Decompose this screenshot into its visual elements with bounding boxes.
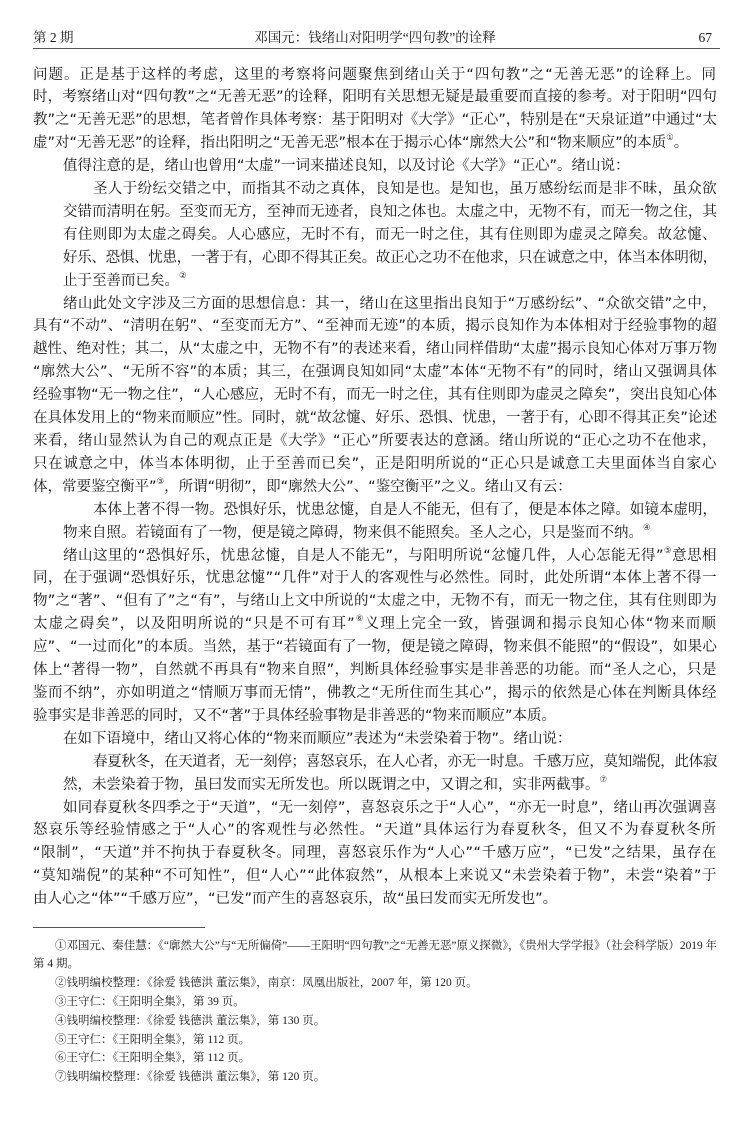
text-line: 如同春夏秋冬四季之于“天道”，“无一刻停”，喜怒哀乐之于“人心”，“亦无一时息”… bbox=[33, 797, 717, 820]
text-line: 绪山这里的“恐惧好乐，忧患忿懥，自是人不能无”，与阳明所说“忿懥几件，人心怎能无… bbox=[33, 545, 717, 568]
line-text: 绪山这里的“恐惧好乐，忧患忿懥，自是人不能无”，与阳明所说“忿懥几件，人心怎能无… bbox=[63, 545, 717, 568]
quote-line: 然，未尝染着于物，虽曰发而实无所发也。所以既谓之中，又谓之和，实非两截事。⑦ bbox=[33, 774, 717, 797]
line-text: “限制”，“天道”并不拘执于春夏秋冬。同理，喜怒哀乐作为“人心”“千感万应”，“… bbox=[33, 842, 717, 865]
line-text: 在具体发用上的“物来而顺应”性。同时，就“故忿懥、好乐、恐惧、忧患，一著于有，心… bbox=[33, 407, 717, 430]
footnote-text: ②钱明编校整理：《徐爱 钱德洪 董沄集》，南京：凤凰出版社，2007 年，第 1… bbox=[55, 974, 478, 993]
line-segment: 然，未尝染着于物，虽曰发而实无所发也。所以既谓之中，又谓之和，实非两截事。 bbox=[63, 777, 600, 793]
text-line: 在如下语境中，绪山又将心体的“物来而顺应”表述为“未尝染着于物”。绪山说： bbox=[33, 728, 717, 751]
running-header: 第 2 期 邓国元：钱绪山对阳明学“四句教”的诠释 67 bbox=[33, 29, 717, 47]
running-title: 邓国元：钱绪山对阳明学“四句教”的诠释 bbox=[33, 29, 717, 47]
quote-line: 本体上著不得一物。恐惧好乐，忧患忿懥，自是人不能无，但有了，便是本体之障。如镜本… bbox=[33, 499, 717, 522]
footnote-text: ⑥王守仁：《王阳明全集》，第 112 页。 bbox=[55, 1049, 250, 1068]
footnote-body: 王守仁：《王阳明全集》，第 112 页。 bbox=[67, 1034, 251, 1046]
line-text: 值得注意的是，绪山也曾用“太虚”一词来描述良知，以及讨论《大学》“正心”。绪山说… bbox=[63, 155, 630, 178]
page-number: 67 bbox=[699, 29, 713, 47]
line-text: 具有“不动”、“清明在躬”、“至变而无方”、“至神而无迹”的本质，揭示良知作为本… bbox=[33, 315, 717, 338]
paragraph: 问题。正是基于这样的考虑，这里的考察将问题聚焦到绪山关于“四句教”之“无善无恶”… bbox=[33, 64, 717, 156]
line-text: 圣人于纷纭交错之中，而指其不动之真体，良知是也。是知也，虽万感纷纭而是非不昧，虽… bbox=[93, 178, 717, 201]
text-line: 只在诚意之中，体当本体明彻，止于至善而已矣”，正是阳明所说的“正心只是诚意工夫里… bbox=[33, 453, 717, 476]
footnote-mark: ② bbox=[55, 977, 67, 989]
text-line: 验事实是非善恶的同时，又不“著”于具体经验事物是非善恶的“物来而顺应”本质。 bbox=[33, 705, 717, 728]
line-segment: 体，常要鉴空衡平” bbox=[33, 479, 157, 495]
footnote-7: ⑦钱明编校整理：《徐爱 钱德洪 董沄集》，第 120 页。 bbox=[33, 1068, 717, 1087]
line-text: 止于至善而已矣。② bbox=[63, 270, 187, 293]
article-body: 问题。正是基于这样的考虑，这里的考察将问题聚焦到绪山关于“四句教”之“无善无恶”… bbox=[33, 64, 717, 912]
footnote-text: 第 4 期。 bbox=[33, 955, 79, 974]
line-text: 春夏秋冬，在天道者，无一刻停；喜怒哀乐，在人心者，亦无一时息。千感万应，莫知端倪… bbox=[93, 751, 717, 774]
text-line: 体，常要鉴空衡平”③，所谓“明彻”，即“廓然大公”、“鉴空衡平”之义。绪山又有云… bbox=[33, 476, 717, 499]
text-line: “廓然大公”、“无所不容”的本质；其三，在强调良知如同“太虚”本体“无物不有”的… bbox=[33, 361, 717, 384]
line-segment: 太虚之碍矣”，以及阳明所说的“只是不可有耳” bbox=[33, 616, 356, 632]
line-text: 物”之“著”、“但有了”之“有”，与绪山上文中所说的“太虚之中，无物不有，而无一… bbox=[33, 590, 717, 613]
footnote-text: ⑤王守仁：《王阳明全集》，第 112 页。 bbox=[55, 1031, 250, 1050]
paragraph: 如同春夏秋冬四季之于“天道”，“无一刻停”，喜怒哀乐之于“人心”，“亦无一时息”… bbox=[33, 797, 717, 912]
line-segment: 止于至善而已矣。 bbox=[63, 273, 179, 289]
line-text: 教”之“无善无恶”的思想，笔者曾作具体考察：基于阳明对《大学》“正心”，特别是在… bbox=[33, 109, 717, 132]
text-line: 越性、绝对性；其二，从“太虚之中，无物不有”的表述来看，绪山同样借助“太虚”揭示… bbox=[33, 338, 717, 361]
text-line: 由人心之“体”“千感万应”，“已发”而产生的喜怒哀乐，故“虽曰发而实无所发也”。 bbox=[33, 888, 717, 911]
line-text: 越性、绝对性；其二，从“太虚之中，无物不有”的表述来看，绪山同样借助“太虚”揭示… bbox=[33, 338, 717, 361]
text-line: “莫知端倪”的某种“不可知性”，但“人心”“此体寂然”，从根本上来说又“未尝染着… bbox=[33, 865, 717, 888]
line-text: 体上“著得一物”，自然就不再具有“物来自照”，判断具体经验事实是非善恶的功能。而… bbox=[33, 659, 717, 682]
line-text: 交错而清明在躬。至变而无方，至神而无迹者，良知之体也。太虚之中，无物不有，而无一… bbox=[63, 201, 717, 224]
text-line: 经验事物“无一物之住”，“人心感应，无时不有，而无一时之住，其有住则即为虚灵之障… bbox=[33, 384, 717, 407]
line-text: 本体上著不得一物。恐惧好乐，忧患忿懥，自是人不能无，但有了，便是本体之障。如镜本… bbox=[93, 499, 717, 522]
line-text: 物来自照。若镜面有了一物，便是镜之障碍，物来俱不能照矣。圣人之心，只是鉴而不纳。… bbox=[63, 522, 651, 545]
paragraph: 绪山这里的“恐惧好乐，忧患忿懥，自是人不能无”，与阳明所说“忿懥几件，人心怎能无… bbox=[33, 545, 717, 728]
footnote-ref: ③ bbox=[157, 477, 165, 487]
quote-line: 交错而清明在躬。至变而无方，至神而无迹者，良知之体也。太虚之中，无物不有，而无一… bbox=[33, 201, 717, 224]
footnote-1: ①邓国元、秦佳慧：《“廓然大公”与“无所偏倚”——王阳明“四句教”之“无善无恶”… bbox=[33, 937, 717, 956]
line-text: 问题。正是基于这样的考虑，这里的考察将问题聚焦到绪山关于“四句教”之“无善无恶”… bbox=[33, 64, 717, 87]
line-segment: ，所谓“明彻”，即“廓然大公”、“鉴空衡平”之义。绪山又有云： bbox=[164, 479, 572, 495]
line-text: 只在诚意之中，体当本体明彻，止于至善而已矣”，正是阳明所说的“正心只是诚意工夫里… bbox=[33, 453, 717, 476]
line-text: 好乐、恐惧、忧患，一著于有，心即不得其正矣。故正心之功不在他求，只在诚意之中，体… bbox=[63, 247, 717, 270]
footnote-text: ③王守仁：《王阳明全集》，第 39 页。 bbox=[55, 993, 245, 1012]
footnote-mark: ① bbox=[55, 940, 66, 952]
text-line: 在具体发用上的“物来而顺应”性。同时，就“故忿懥、好乐、恐惧、忧患，一著于有，心… bbox=[33, 407, 717, 430]
line-text: 怒哀乐等经验情感之于“人心”的客观性与必然性。“天道”具体运行为春夏秋冬，但又不… bbox=[33, 819, 717, 842]
quote-line: 有住则即为太虚之碍矣。人心感应，无时不有，而无一时之住，其有住则即为虚灵之障矣。… bbox=[33, 224, 717, 247]
footnote-ref: ⑤ bbox=[664, 546, 672, 556]
text-line: 虚”对“无善无恶”的诠释，指出阳明之“无善无恶”根本在于揭示心体“廓然大公”和“… bbox=[33, 132, 717, 155]
line-segment: 绪山这里的“恐惧好乐，忧患忿懥，自是人不能无”，与阳明所说“忿懥几件，人心怎能无… bbox=[63, 548, 664, 564]
footnote-body: 王守仁：《王阳明全集》，第 112 页。 bbox=[67, 1052, 251, 1064]
footnote-ref: ① bbox=[666, 133, 674, 143]
line-segment: 虚”对“无善无恶”的诠释，指出阳明之“无善无恶”根本在于揭示心体“廓然大公”和“… bbox=[33, 135, 666, 151]
text-line: 怒哀乐等经验情感之于“人心”的客观性与必然性。“天道”具体运行为春夏秋冬，但又不… bbox=[33, 819, 717, 842]
footnote-ref: ⑦ bbox=[600, 775, 608, 785]
footnote-4: ④钱明编校整理：《徐爱 钱德洪 董沄集》，第 130 页。 bbox=[33, 1012, 717, 1031]
footnote-mark: ④ bbox=[55, 1015, 67, 1027]
footnote-body: 钱明编校整理：《徐爱 钱德洪 董沄集》，第 130 页。 bbox=[67, 1015, 326, 1027]
line-text: 经验事物“无一物之住”，“人心感应，无时不有，而无一时之住，其有住则即为虚灵之障… bbox=[33, 384, 717, 407]
paragraph: 绪山此处文字涉及三方面的思想信息：其一，绪山在这里指出良知于“万感纷纭”、“众欲… bbox=[33, 293, 717, 499]
line-segment: 。 bbox=[674, 135, 689, 151]
text-line: 来看，绪山显然认为自己的观点正是《大学》“正心”所要表达的意涵。绪山所说的“正心… bbox=[33, 430, 717, 453]
line-text: 然，未尝染着于物，虽曰发而实无所发也。所以既谓之中，又谓之和，实非两截事。⑦ bbox=[63, 774, 607, 797]
quote-line: 圣人于纷纭交错之中，而指其不动之真体，良知是也。是知也，虽万感纷纭而是非不昧，虽… bbox=[33, 178, 717, 201]
text-line: 教”之“无善无恶”的思想，笔者曾作具体考察：基于阳明对《大学》“正心”，特别是在… bbox=[33, 109, 717, 132]
footnote-text: ⑦钱明编校整理：《徐爱 钱德洪 董沄集》，第 120 页。 bbox=[55, 1068, 325, 1087]
line-text: 来看，绪山显然认为自己的观点正是《大学》“正心”所要表达的意涵。绪山所说的“正心… bbox=[33, 430, 717, 453]
line-segment: 物来自照。若镜面有了一物，便是镜之障碍，物来俱不能照矣。圣人之心，只是鉴而不纳。 bbox=[63, 525, 643, 541]
footnote-2: ②钱明编校整理：《徐爱 钱德洪 董沄集》，南京：凤凰出版社，2007 年，第 1… bbox=[33, 974, 717, 993]
quote-line: 止于至善而已矣。② bbox=[33, 270, 717, 293]
footnote-text: ①邓国元、秦佳慧：《“廓然大公”与“无所偏倚”——王阳明“四句教”之“无善无恶”… bbox=[55, 937, 717, 956]
quote-line: 好乐、恐惧、忧患，一著于有，心即不得其正矣。故正心之功不在他求，只在诚意之中，体… bbox=[33, 247, 717, 270]
text-line: 应”、“一过而化”的本质。当然，基于“若镜面有了一物，便是镜之障碍，物来俱不能照… bbox=[33, 636, 717, 659]
line-segment: 义理上完全一致，皆强调和揭示良知心体“物来而顺 bbox=[365, 616, 717, 632]
footnote-body: 钱明编校整理：《徐爱 钱德洪 董沄集》，第 120 页。 bbox=[67, 1071, 326, 1083]
text-line: 具有“不动”、“清明在躬”、“至变而无方”、“至神而无迹”的本质，揭示良知作为本… bbox=[33, 315, 717, 338]
footnote-body: 王守仁：《王阳明全集》，第 39 页。 bbox=[67, 996, 245, 1008]
footnote-ref: ⑥ bbox=[356, 614, 365, 624]
block-quote: 春夏秋冬，在天道者，无一刻停；喜怒哀乐，在人心者，亦无一时息。千感万应，莫知端倪… bbox=[33, 751, 717, 797]
line-text: 虚”对“无善无恶”的诠释，指出阳明之“无善无恶”根本在于揭示心体“廓然大公”和“… bbox=[33, 132, 688, 155]
line-text: 绪山此处文字涉及三方面的思想信息：其一，绪山在这里指出良知于“万感纷纭”、“众欲… bbox=[63, 293, 717, 316]
footnote-mark: ⑥ bbox=[55, 1052, 67, 1064]
line-text: “廓然大公”、“无所不容”的本质；其三，在强调良知如同“太虚”本体“无物不有”的… bbox=[33, 361, 717, 384]
footnote-separator bbox=[33, 927, 205, 928]
quote-line: 物来自照。若镜面有了一物，便是镜之障碍，物来俱不能照矣。圣人之心，只是鉴而不纳。… bbox=[33, 522, 717, 545]
text-line: 问题。正是基于这样的考虑，这里的考察将问题聚焦到绪山关于“四句教”之“无善无恶”… bbox=[33, 64, 717, 87]
footnote-text: ④钱明编校整理：《徐爱 钱德洪 董沄集》，第 130 页。 bbox=[55, 1012, 325, 1031]
line-text: “莫知端倪”的某种“不可知性”，但“人心”“此体寂然”，从根本上来说又“未尝染着… bbox=[33, 865, 717, 888]
text-line: 太虚之碍矣”，以及阳明所说的“只是不可有耳”⑥义理上完全一致，皆强调和揭示良知心… bbox=[33, 613, 717, 636]
line-text: 由人心之“体”“千感万应”，“已发”而产生的喜怒哀乐，故“虽曰发而实无所发也”。 bbox=[33, 888, 557, 911]
header-rule bbox=[33, 48, 720, 49]
text-line: 值得注意的是，绪山也曾用“太虚”一词来描述良知，以及讨论《大学》“正心”。绪山说… bbox=[33, 155, 717, 178]
block-quote: 圣人于纷纭交错之中，而指其不动之真体，良知是也。是知也，虽万感纷纭而是非不昧，虽… bbox=[33, 178, 717, 293]
footnote-mark: ⑦ bbox=[55, 1071, 67, 1083]
footnote-5: ⑤王守仁：《王阳明全集》，第 112 页。 bbox=[33, 1031, 717, 1050]
footnote-mark: ⑤ bbox=[55, 1034, 67, 1046]
line-text: 在如下语境中，绪山又将心体的“物来而顺应”表述为“未尝染着于物”。绪山说： bbox=[63, 728, 572, 751]
line-text: 太虚之碍矣”，以及阳明所说的“只是不可有耳”⑥义理上完全一致，皆强调和揭示良知心… bbox=[33, 613, 717, 636]
footnote-mark: ③ bbox=[55, 996, 67, 1008]
text-line: 绪山此处文字涉及三方面的思想信息：其一，绪山在这里指出良知于“万感纷纭”、“众欲… bbox=[33, 293, 717, 316]
block-quote: 本体上著不得一物。恐惧好乐，忧患忿懥，自是人不能无，但有了，便是本体之障。如镜本… bbox=[33, 499, 717, 545]
text-line: 时，考察绪山对“四句教”之“无善无恶”的诠释，阳明有关思想无疑是最重要而直接的参… bbox=[33, 86, 717, 109]
footnote-1-continued: 第 4 期。 bbox=[33, 955, 717, 974]
text-line: 物”之“著”、“但有了”之“有”，与绪山上文中所说的“太虚之中，无物不有，而无一… bbox=[33, 590, 717, 613]
paragraph: 值得注意的是，绪山也曾用“太虚”一词来描述良知，以及讨论《大学》“正心”。绪山说… bbox=[33, 155, 717, 178]
footnote-body: 钱明编校整理：《徐爱 钱德洪 董沄集》，南京：凤凰出版社，2007 年，第 12… bbox=[67, 977, 478, 989]
line-text: 鉴而不纳”，亦如明道之“情顺万事而无情”，佛教之“无所住而生其心”，揭示的依然是… bbox=[33, 682, 717, 705]
line-text: 应”、“一过而化”的本质。当然，基于“若镜面有了一物，便是镜之障碍，物来俱不能照… bbox=[33, 636, 717, 659]
footnote-ref: ② bbox=[179, 271, 187, 281]
footnote-body: 邓国元、秦佳慧：《“廓然大公”与“无所偏倚”——王阳明“四句教”之“无善无恶”原… bbox=[66, 940, 717, 952]
line-segment: 意思相 bbox=[672, 548, 717, 564]
text-line: 体上“著得一物”，自然就不再具有“物来自照”，判断具体经验事实是非善恶的功能。而… bbox=[33, 659, 717, 682]
footnotes: ①邓国元、秦佳慧：《“廓然大公”与“无所偏倚”——王阳明“四句教”之“无善无恶”… bbox=[33, 937, 717, 1087]
text-line: 同，在于强调“恐惧好乐，忧患忿懥”“几件”对于人的客观性与必然性。同时，此处所谓… bbox=[33, 567, 717, 590]
line-text: 验事实是非善恶的同时，又不“著”于具体经验事物是非善恶的“物来而顺应”本质。 bbox=[33, 705, 556, 728]
line-text: 同，在于强调“恐惧好乐，忧患忿懥”“几件”对于人的客观性与必然性。同时，此处所谓… bbox=[33, 567, 717, 590]
paragraph: 在如下语境中，绪山又将心体的“物来而顺应”表述为“未尝染着于物”。绪山说： bbox=[33, 728, 717, 751]
line-text: 有住则即为太虚之碍矣。人心感应，无时不有，而无一时之住，其有住则即为虚灵之障矣。… bbox=[63, 224, 717, 247]
journal-page: 第 2 期 邓国元：钱绪山对阳明学“四句教”的诠释 67 问题。正是基于这样的考… bbox=[0, 0, 750, 1125]
footnote-6: ⑥王守仁：《王阳明全集》，第 112 页。 bbox=[33, 1049, 717, 1068]
quote-line: 春夏秋冬，在天道者，无一刻停；喜怒哀乐，在人心者，亦无一时息。千感万应，莫知端倪… bbox=[33, 751, 717, 774]
text-line: “限制”，“天道”并不拘执于春夏秋冬。同理，喜怒哀乐作为“人心”“千感万应”，“… bbox=[33, 842, 717, 865]
line-text: 体，常要鉴空衡平”③，所谓“明彻”，即“廓然大公”、“鉴空衡平”之义。绪山又有云… bbox=[33, 476, 572, 499]
footnote-3: ③王守仁：《王阳明全集》，第 39 页。 bbox=[33, 993, 717, 1012]
line-text: 时，考察绪山对“四句教”之“无善无恶”的诠释，阳明有关思想无疑是最重要而直接的参… bbox=[33, 86, 717, 109]
line-text: 如同春夏秋冬四季之于“天道”，“无一刻停”，喜怒哀乐之于“人心”，“亦无一时息”… bbox=[63, 797, 717, 820]
footnote-ref: ④ bbox=[643, 523, 651, 533]
text-line: 鉴而不纳”，亦如明道之“情顺万事而无情”，佛教之“无所住而生其心”，揭示的依然是… bbox=[33, 682, 717, 705]
